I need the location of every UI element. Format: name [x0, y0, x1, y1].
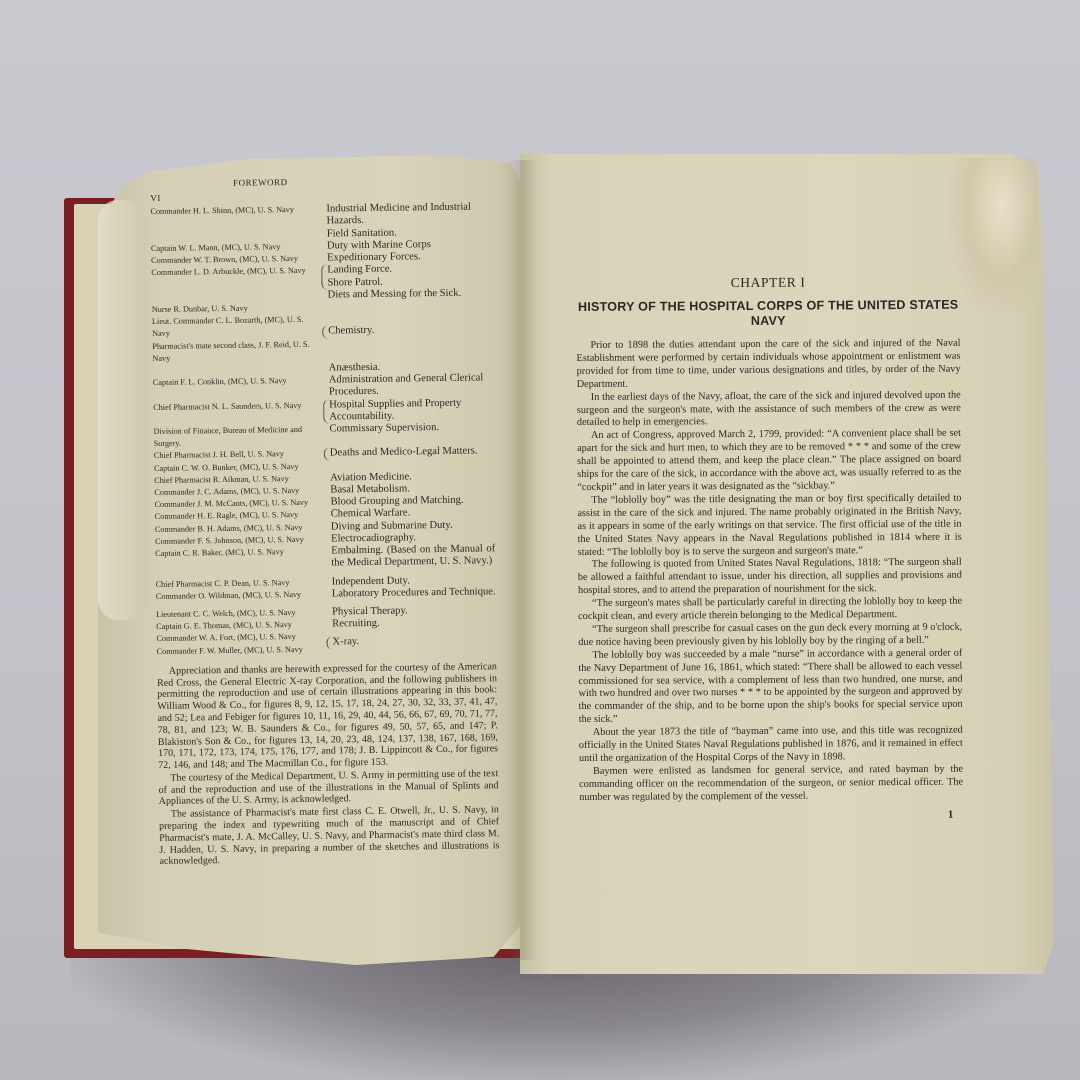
- body-paragraph: “The surgeon shall prescribe for casual …: [578, 622, 962, 650]
- body-paragraph: “The surgeon's mates shall be particular…: [578, 596, 962, 624]
- credit-name: Captain C. R. Baker, (MC), U. S. Navy: [155, 546, 325, 561]
- body-paragraph: In the earliest days of the Navy, afloat…: [577, 389, 961, 430]
- credit-subject: Deaths and Medico-Legal Matters.: [324, 446, 494, 461]
- credit-name: Division of Finance, Bureau of Medicine …: [153, 424, 323, 451]
- credit-name: Commander W. A. Fort, (MC), U. S. Navy C…: [156, 631, 326, 658]
- credit-subject: Industrial Medicine and Industrial Hazar…: [320, 201, 490, 228]
- credit-row: Nurse R. Dunbar, U. S. Navy Lieut. Comma…: [152, 299, 493, 365]
- left-page-content: VI FOREWORD Commander H. L. Shinn, (MC),…: [150, 173, 500, 868]
- credit-subject: Embalming. (Based on the Manual of the M…: [325, 543, 495, 570]
- left-page-header: VI FOREWORD: [150, 173, 490, 204]
- body-paragraph: An act of Congress, approved March 2, 17…: [577, 428, 961, 495]
- credit-subject: Chemistry.: [322, 324, 492, 339]
- book-gutter: [508, 160, 538, 960]
- credit-subject: Duty with Marine Corps Expeditionary For…: [321, 238, 491, 265]
- credit-name: Chief Pharmacist N. L. Saunders, U. S. N…: [153, 399, 323, 414]
- page-number-right: 1: [579, 808, 963, 822]
- acknowledgment-paragraph: Appreciation and thanks are herewith exp…: [157, 661, 498, 772]
- body-paragraph: About the year 1873 the title of “bayman…: [579, 725, 963, 766]
- credit-name: Chief Pharmacist J. H. Bell, U. S. Navy …: [154, 448, 324, 475]
- credit-subject: Hospital Supplies and Property Accountab…: [323, 397, 493, 424]
- credit-subject: Recruiting.: [326, 616, 496, 631]
- credit-row: Captain C. R. Baker, (MC), U. S. Navy Em…: [155, 543, 495, 572]
- credit-name: Commander L. D. Arbuckle, (MC), U. S. Na…: [151, 265, 321, 280]
- body-paragraph: The loblolly boy was succeeded by a male…: [578, 647, 962, 727]
- credit-subject: Landing Force. Shore Patrol.: [321, 263, 491, 290]
- running-head: FOREWORD: [233, 176, 288, 203]
- credit-subject: Administration and General Clerical Proc…: [323, 372, 493, 399]
- body-paragraph: Prior to 1898 the duties attendant upon …: [576, 338, 960, 392]
- credit-name: Captain F. L. Conklin, (MC), U. S. Navy: [153, 375, 323, 390]
- credit-name: Commander O. Wildman, (MC), U. S. Navy: [156, 588, 326, 603]
- credit-subject: Diets and Messing for the Sick.: [322, 287, 492, 302]
- acknowledgment-paragraph: The courtesy of the Medical Department, …: [158, 768, 498, 808]
- chapter-label: CHAPTER I: [576, 274, 960, 292]
- credit-name: Nurse R. Dunbar, U. S. Navy Lieut. Comma…: [152, 302, 323, 365]
- worn-page-corner: [948, 158, 1038, 318]
- chapter-title: HISTORY OF THE HOSPITAL CORPS OF THE UNI…: [576, 298, 960, 330]
- credit-subject: Laboratory Procedures and Technique.: [326, 586, 496, 601]
- page-number-left: VI: [150, 192, 161, 204]
- credit-subject: X-ray.: [326, 635, 496, 650]
- torn-page-edge: [98, 200, 146, 620]
- acknowledgment-paragraph: The assistance of Pharmacist's mate firs…: [159, 804, 500, 868]
- body-paragraph: The “loblolly boy” was the title designa…: [577, 493, 961, 560]
- credit-subject: Commissary Supervision.: [323, 421, 493, 436]
- body-paragraph: The following is quoted from United Stat…: [578, 557, 962, 598]
- right-page-content: CHAPTER I HISTORY OF THE HOSPITAL CORPS …: [576, 272, 963, 823]
- body-paragraph: Baymen were enlisted as landsmen for gen…: [579, 764, 963, 805]
- credit-name: Commander H. L. Shinn, (MC), U. S. Navy: [150, 204, 320, 219]
